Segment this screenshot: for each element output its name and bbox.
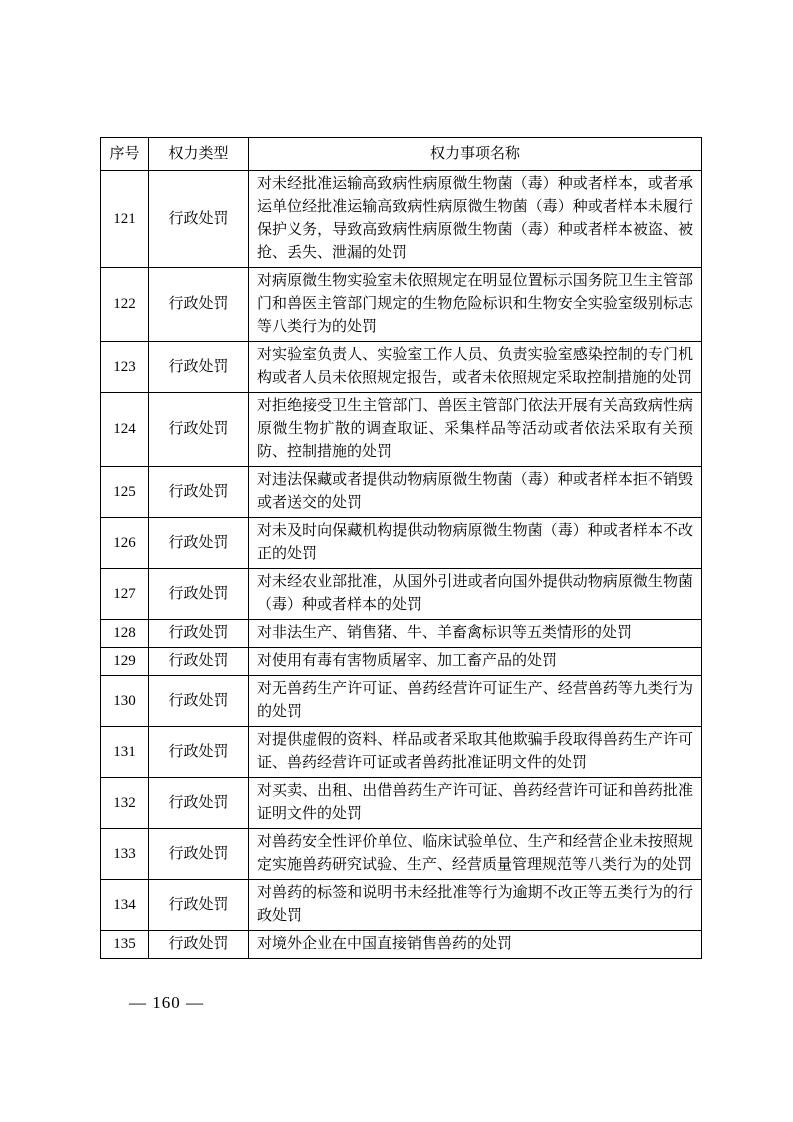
cell-power-type: 行政处罚 bbox=[149, 569, 249, 620]
table-header-row: 序号 权力类型 权力事项名称 bbox=[101, 138, 702, 171]
table-row: 128行政处罚对非法生产、销售猪、牛、羊畜禽标识等五类情形的处罚 bbox=[101, 620, 702, 648]
cell-power-type: 行政处罚 bbox=[149, 676, 249, 727]
page-number: — 160 — bbox=[129, 992, 204, 1014]
cell-power-type: 行政处罚 bbox=[149, 342, 249, 393]
cell-index: 135 bbox=[101, 931, 149, 959]
table-row: 135行政处罚对境外企业在中国直接销售兽药的处罚 bbox=[101, 931, 702, 959]
table-row: 122行政处罚对病原微生物实验室未依照规定在明显位置标示国务院卫生主管部门和兽医… bbox=[101, 268, 702, 342]
cell-index: 131 bbox=[101, 727, 149, 778]
table-row: 124行政处罚对拒绝接受卫生主管部门、兽医主管部门依法开展有关高致病性病原微生物… bbox=[101, 393, 702, 467]
cell-power-type: 行政处罚 bbox=[149, 518, 249, 569]
header-power-type: 权力类型 bbox=[149, 138, 249, 171]
document-page: 序号 权力类型 权力事项名称 121行政处罚对未经批准运输高致病性病原微生物菌（… bbox=[0, 0, 793, 1122]
cell-power-item-name: 对未经批准运输高致病性病原微生物菌（毒）种或者样本，或者承运单位经批准运输高致病… bbox=[249, 171, 702, 268]
cell-power-type: 行政处罚 bbox=[149, 620, 249, 648]
cell-index: 129 bbox=[101, 648, 149, 676]
cell-power-type: 行政处罚 bbox=[149, 393, 249, 467]
table-row: 121行政处罚对未经批准运输高致病性病原微生物菌（毒）种或者样本，或者承运单位经… bbox=[101, 171, 702, 268]
cell-power-item-name: 对实验室负责人、实验室工作人员、负责实验室感染控制的专门机构或者人员未依照规定报… bbox=[249, 342, 702, 393]
table-row: 123行政处罚对实验室负责人、实验室工作人员、负责实验室感染控制的专门机构或者人… bbox=[101, 342, 702, 393]
cell-power-item-name: 对违法保藏或者提供动物病原微生物菌（毒）种或者样本拒不销毁或者送交的处罚 bbox=[249, 467, 702, 518]
cell-power-item-name: 对兽药安全性评价单位、临床试验单位、生产和经营企业未按照规定实施兽药研究试验、生… bbox=[249, 829, 702, 880]
cell-power-item-name: 对未及时向保藏机构提供动物病原微生物菌（毒）种或者样本不改正的处罚 bbox=[249, 518, 702, 569]
cell-index: 133 bbox=[101, 829, 149, 880]
cell-power-item-name: 对兽药的标签和说明书未经批准等行为逾期不改正等五类行为的行政处罚 bbox=[249, 880, 702, 931]
table-body: 121行政处罚对未经批准运输高致病性病原微生物菌（毒）种或者样本，或者承运单位经… bbox=[101, 171, 702, 959]
cell-index: 128 bbox=[101, 620, 149, 648]
cell-power-item-name: 对病原微生物实验室未依照规定在明显位置标示国务院卫生主管部门和兽医主管部门规定的… bbox=[249, 268, 702, 342]
cell-power-item-name: 对买卖、出租、出借兽药生产许可证、兽药经营许可证和兽药批准证明文件的处罚 bbox=[249, 778, 702, 829]
cell-index: 125 bbox=[101, 467, 149, 518]
cell-index: 127 bbox=[101, 569, 149, 620]
cell-power-type: 行政处罚 bbox=[149, 268, 249, 342]
cell-index: 123 bbox=[101, 342, 149, 393]
cell-power-item-name: 对使用有毒有害物质屠宰、加工畜产品的处罚 bbox=[249, 648, 702, 676]
cell-index: 126 bbox=[101, 518, 149, 569]
cell-index: 124 bbox=[101, 393, 149, 467]
cell-power-type: 行政处罚 bbox=[149, 467, 249, 518]
cell-power-type: 行政处罚 bbox=[149, 880, 249, 931]
cell-power-item-name: 对境外企业在中国直接销售兽药的处罚 bbox=[249, 931, 702, 959]
cell-power-item-name: 对非法生产、销售猪、牛、羊畜禽标识等五类情形的处罚 bbox=[249, 620, 702, 648]
power-items-table: 序号 权力类型 权力事项名称 121行政处罚对未经批准运输高致病性病原微生物菌（… bbox=[100, 137, 702, 959]
cell-power-type: 行政处罚 bbox=[149, 648, 249, 676]
cell-index: 122 bbox=[101, 268, 149, 342]
table-row: 125行政处罚对违法保藏或者提供动物病原微生物菌（毒）种或者样本拒不销毁或者送交… bbox=[101, 467, 702, 518]
cell-power-item-name: 对提供虚假的资料、样品或者采取其他欺骗手段取得兽药生产许可证、兽药经营许可证或者… bbox=[249, 727, 702, 778]
table-row: 132行政处罚对买卖、出租、出借兽药生产许可证、兽药经营许可证和兽药批准证明文件… bbox=[101, 778, 702, 829]
cell-power-item-name: 对拒绝接受卫生主管部门、兽医主管部门依法开展有关高致病性病原微生物扩散的调查取证… bbox=[249, 393, 702, 467]
cell-power-type: 行政处罚 bbox=[149, 931, 249, 959]
table-row: 126行政处罚对未及时向保藏机构提供动物病原微生物菌（毒）种或者样本不改正的处罚 bbox=[101, 518, 702, 569]
cell-power-item-name: 对未经农业部批准，从国外引进或者向国外提供动物病原微生物菌（毒）种或者样本的处罚 bbox=[249, 569, 702, 620]
table-row: 127行政处罚对未经农业部批准，从国外引进或者向国外提供动物病原微生物菌（毒）种… bbox=[101, 569, 702, 620]
header-power-item-name: 权力事项名称 bbox=[249, 138, 702, 171]
cell-index: 121 bbox=[101, 171, 149, 268]
table-row: 130行政处罚对无兽药生产许可证、兽药经营许可证生产、经营兽药等九类行为的处罚 bbox=[101, 676, 702, 727]
cell-power-type: 行政处罚 bbox=[149, 829, 249, 880]
cell-power-type: 行政处罚 bbox=[149, 727, 249, 778]
cell-power-type: 行政处罚 bbox=[149, 778, 249, 829]
cell-power-item-name: 对无兽药生产许可证、兽药经营许可证生产、经营兽药等九类行为的处罚 bbox=[249, 676, 702, 727]
table-row: 131行政处罚对提供虚假的资料、样品或者采取其他欺骗手段取得兽药生产许可证、兽药… bbox=[101, 727, 702, 778]
cell-index: 130 bbox=[101, 676, 149, 727]
header-index: 序号 bbox=[101, 138, 149, 171]
table-row: 133行政处罚对兽药安全性评价单位、临床试验单位、生产和经营企业未按照规定实施兽… bbox=[101, 829, 702, 880]
table-row: 134行政处罚对兽药的标签和说明书未经批准等行为逾期不改正等五类行为的行政处罚 bbox=[101, 880, 702, 931]
cell-power-type: 行政处罚 bbox=[149, 171, 249, 268]
cell-index: 132 bbox=[101, 778, 149, 829]
cell-index: 134 bbox=[101, 880, 149, 931]
table-row: 129行政处罚对使用有毒有害物质屠宰、加工畜产品的处罚 bbox=[101, 648, 702, 676]
